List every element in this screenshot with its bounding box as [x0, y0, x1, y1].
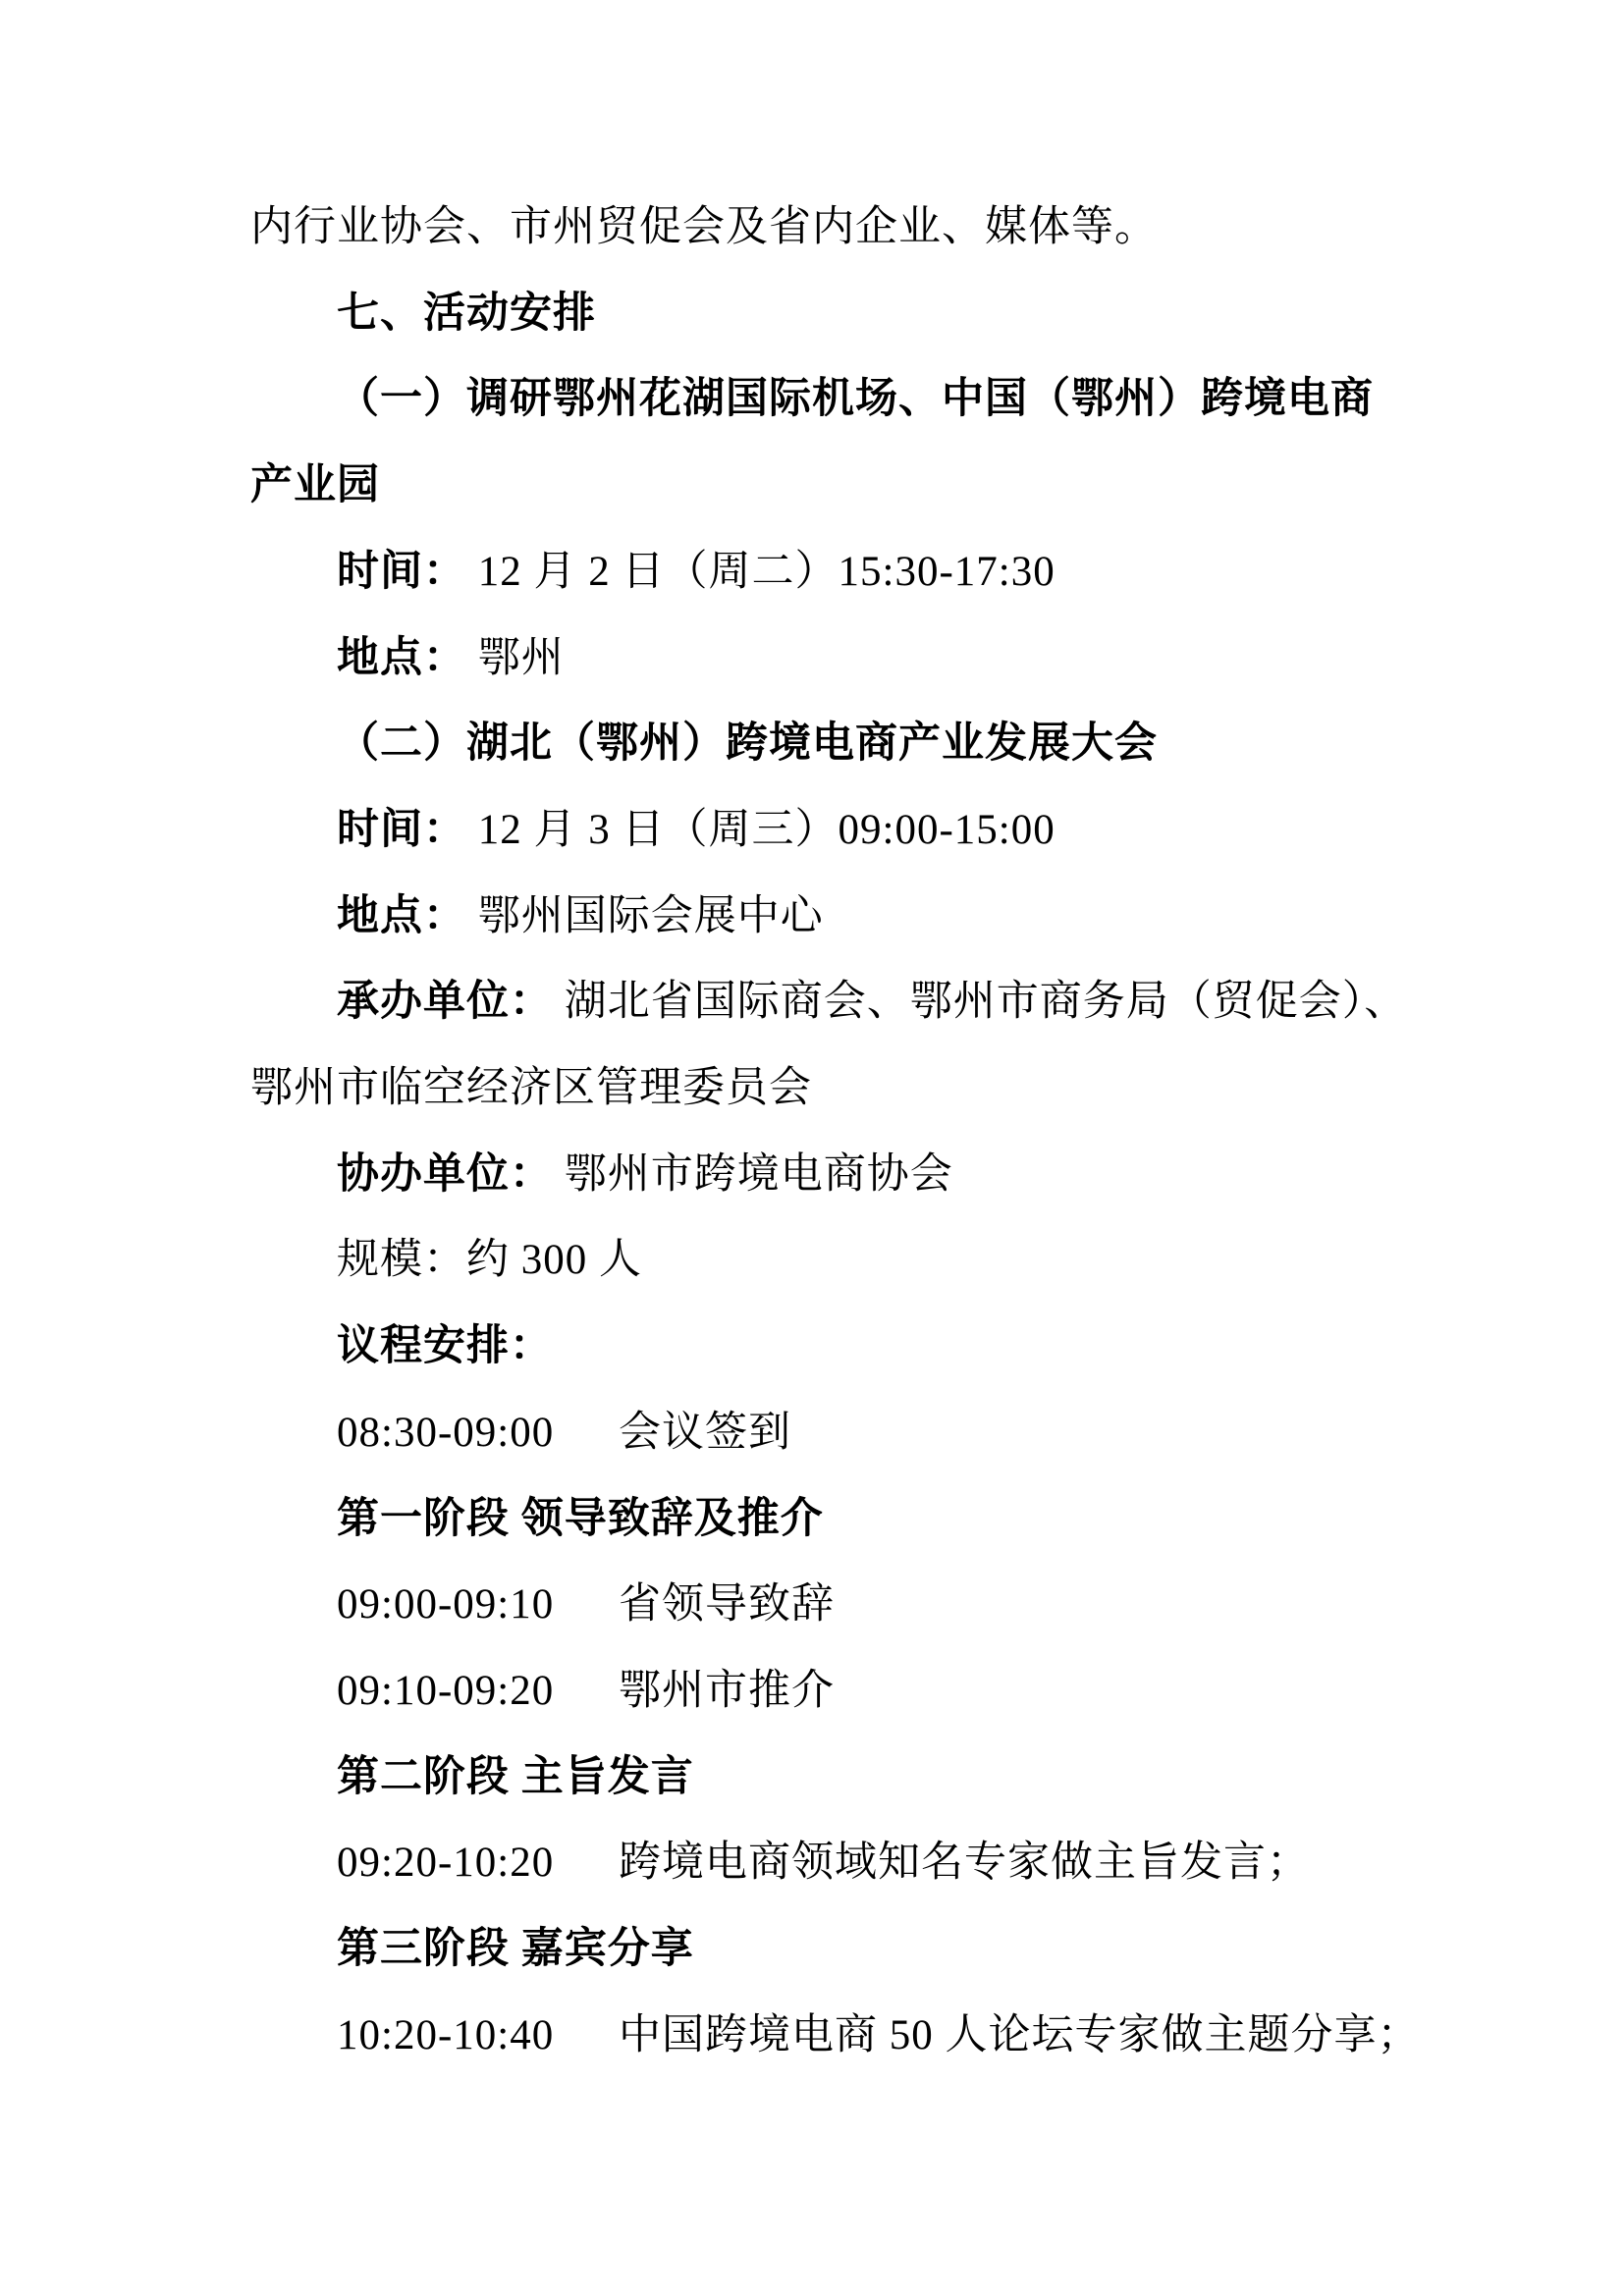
- document-line: 09:10-09:20 鄂州市推介: [250, 1648, 1438, 1735]
- document-page: 内行业协会、市州贸促会及省内企业、媒体等。 七、活动安排 （一）调研鄂州花湖国际…: [0, 0, 1624, 2296]
- line-text: 七、活动安排: [337, 291, 596, 337]
- document-line: 地点： 鄂州国际会展中心: [250, 874, 1438, 960]
- document-line: 第三阶段 嘉宾分享: [250, 1906, 1438, 1993]
- line-text: 第一阶段 领导致辞及推介: [337, 1496, 824, 1542]
- line-text: 产业园: [250, 462, 380, 508]
- line-label: 地点：: [337, 893, 466, 939]
- document-line: 产业园: [250, 443, 1438, 529]
- schedule-time: 10:20-10:40: [337, 2012, 554, 2058]
- document-line: （一）调研鄂州花湖国际机场、中国（鄂州）跨境电商: [250, 356, 1438, 443]
- line-text: 12 月 3 日（周三）09:00-15:00: [478, 807, 1056, 853]
- line-text: 12 月 2 日（周二）15:30-17:30: [478, 549, 1056, 595]
- line-text: 跨境电商领域知名专家做主旨发言；: [619, 1840, 1310, 1886]
- line-text: 第三阶段 嘉宾分享: [337, 1926, 694, 1972]
- document-line: 规模：约 300 人: [250, 1217, 1438, 1304]
- line-text: （二）湖北（鄂州）跨境电商产业发展大会: [337, 721, 1158, 767]
- line-text: 湖北省国际商会、鄂州市商务局（贸促会）、: [565, 979, 1408, 1025]
- line-label: 协办单位：: [337, 1151, 553, 1198]
- line-text: 鄂州: [478, 635, 565, 681]
- document-line: 时间： 12 月 2 日（周二）15:30-17:30: [250, 529, 1438, 615]
- line-text: 鄂州市推介: [619, 1668, 835, 1714]
- line-text: 第二阶段 主旨发言: [337, 1754, 694, 1800]
- document-line: 议程安排：: [250, 1304, 1438, 1390]
- document-line: 09:20-10:20 跨境电商领域知名专家做主旨发言；: [250, 1820, 1438, 1906]
- line-text: 鄂州市临空经济区管理委员会: [250, 1065, 812, 1111]
- document-line: 08:30-09:00 会议签到: [250, 1390, 1438, 1476]
- line-text: （一）调研鄂州花湖国际机场、中国（鄂州）跨境电商: [337, 376, 1374, 422]
- schedule-time: 08:30-09:00: [337, 1410, 554, 1456]
- schedule-time: 09:10-09:20: [337, 1668, 554, 1714]
- document-line: 第一阶段 领导致辞及推介: [250, 1476, 1438, 1563]
- line-label: 承办单位：: [337, 979, 553, 1025]
- line-text: 议程安排：: [337, 1323, 553, 1369]
- document-body: 内行业协会、市州贸促会及省内企业、媒体等。 七、活动安排 （一）调研鄂州花湖国际…: [250, 185, 1438, 2078]
- document-line: 协办单位： 鄂州市跨境电商协会: [250, 1132, 1438, 1218]
- line-text: 内行业协会、市州贸促会及省内企业、媒体等。: [250, 204, 1158, 250]
- line-label: 时间：: [337, 807, 466, 853]
- document-line: 时间： 12 月 3 日（周三）09:00-15:00: [250, 787, 1438, 874]
- line-label: 地点：: [337, 635, 466, 681]
- document-line: 第二阶段 主旨发言: [250, 1735, 1438, 1821]
- line-text: 鄂州国际会展中心: [478, 893, 824, 939]
- document-line: 承办单位： 湖北省国际商会、鄂州市商务局（贸促会）、: [250, 959, 1438, 1045]
- document-line: 七、活动安排: [250, 271, 1438, 357]
- line-text: 会议签到: [619, 1410, 791, 1456]
- document-line: （二）湖北（鄂州）跨境电商产业发展大会: [250, 701, 1438, 787]
- document-line: 地点： 鄂州: [250, 615, 1438, 702]
- line-text: 省领导致辞: [619, 1581, 835, 1628]
- document-line: 鄂州市临空经济区管理委员会: [250, 1045, 1438, 1132]
- schedule-time: 09:00-09:10: [337, 1581, 554, 1628]
- document-line: 10:20-10:40 中国跨境电商 50 人论坛专家做主题分享；: [250, 1993, 1438, 2079]
- document-line: 内行业协会、市州贸促会及省内企业、媒体等。: [250, 185, 1438, 271]
- line-text: 中国跨境电商 50 人论坛专家做主题分享；: [619, 2012, 1421, 2058]
- line-text: 鄂州市跨境电商协会: [565, 1151, 953, 1198]
- document-line: 09:00-09:10 省领导致辞: [250, 1562, 1438, 1648]
- schedule-time: 09:20-10:20: [337, 1840, 554, 1886]
- line-label: 时间：: [337, 549, 466, 595]
- line-text: 规模：约 300 人: [337, 1237, 642, 1283]
